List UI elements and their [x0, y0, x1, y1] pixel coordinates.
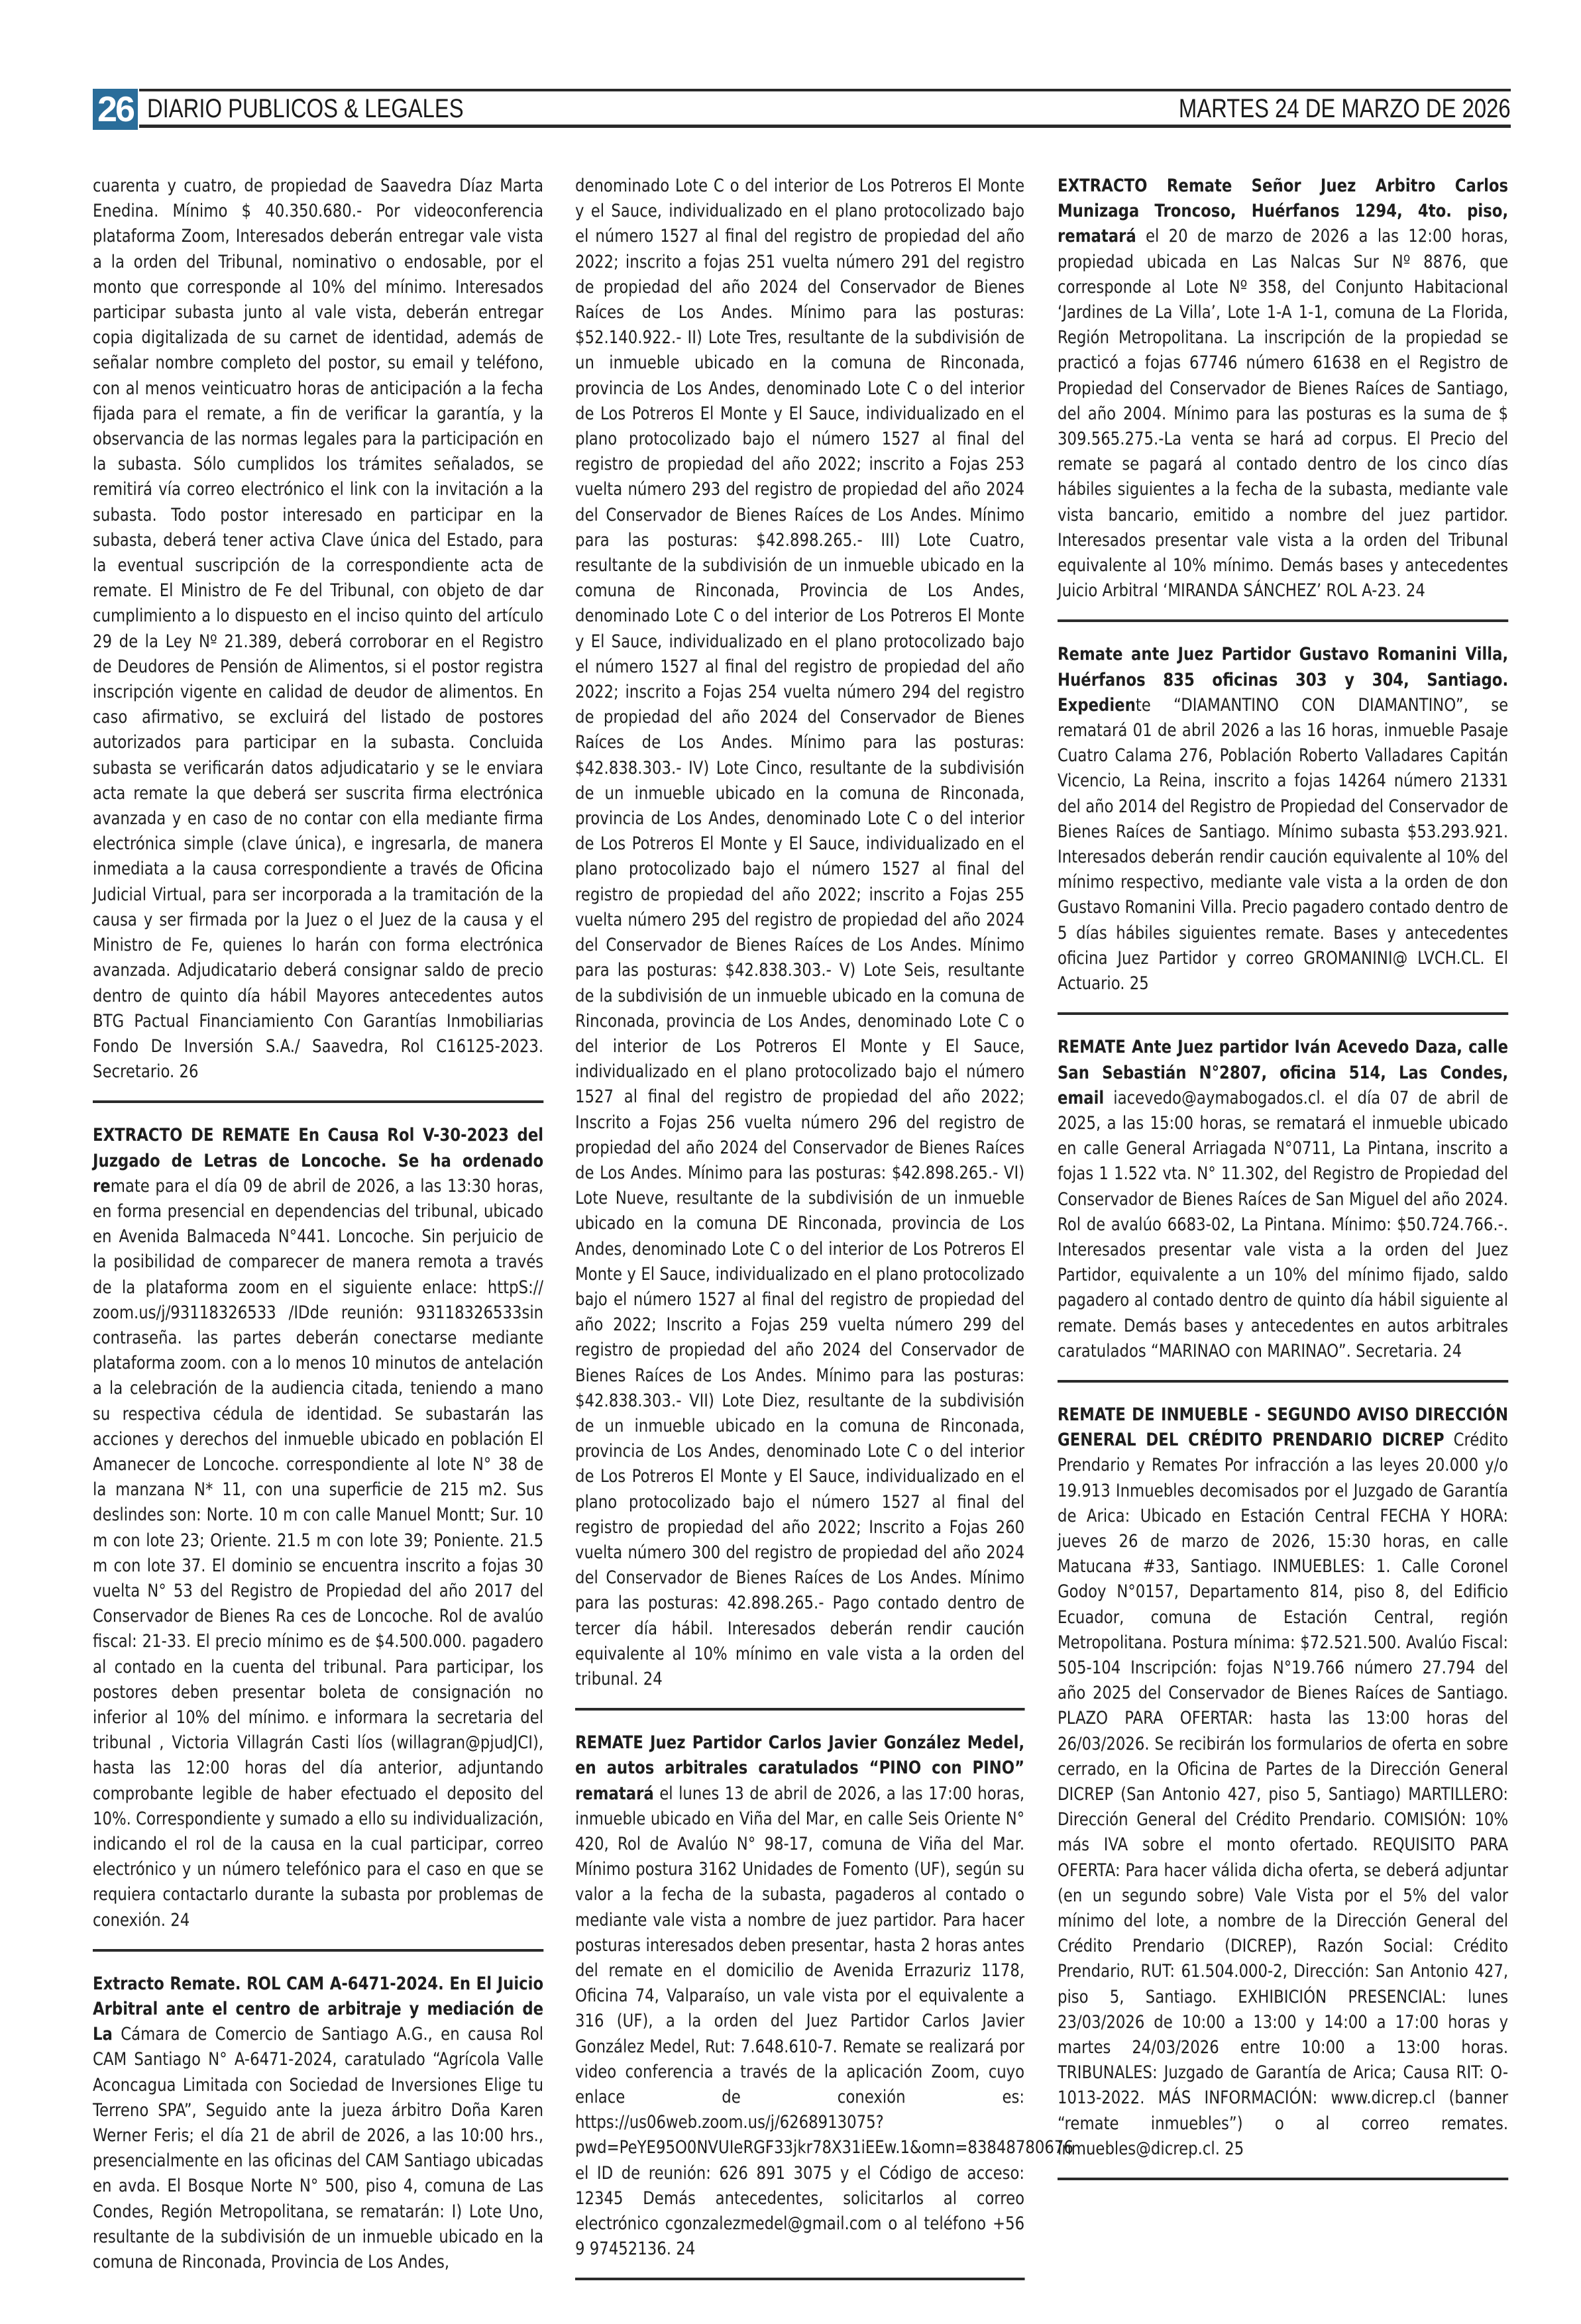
notice-body: iacevedo@aymabogados.cl. el día 07 de ab… [1058, 1088, 1508, 1361]
legal-notice: Extracto Remate. ROL CAM A-6471-2024. En… [93, 1972, 543, 2275]
publication-title: DIARIO PUBLICOS & LEGALES [147, 91, 464, 126]
page-number-badge: 26 [93, 89, 138, 130]
legal-notice: Remate ante Juez Partidor Gustavo Romani… [1058, 642, 1508, 996]
notice-body: el 20 de marzo de 2026 a las 12:00 horas… [1058, 226, 1508, 601]
notice-body: mate para el día 09 de abril de 2026, a … [93, 1176, 543, 1930]
notice-divider [93, 1100, 543, 1103]
legal-notice: REMATE DE INMUEBLE - SEGUNDO AVISO DIREC… [1058, 1402, 1508, 2162]
notice-divider [575, 1708, 1024, 1711]
notice-divider [575, 2278, 1024, 2280]
legal-notice: cuarenta y cuatro, de propiedad de Saave… [93, 174, 543, 1084]
column-3: EXTRACTO Remate Señor Juez Arbitro Carlo… [1058, 174, 1508, 2200]
notice-body: te “DIAMANTINO CON DIAMANTINO”, se remat… [1058, 695, 1508, 994]
notice-divider [93, 1949, 543, 1952]
legal-notice: EXTRACTO Remate Señor Juez Arbitro Carlo… [1058, 174, 1508, 604]
notice-divider [1058, 2178, 1508, 2180]
legal-notice: REMATE Ante Juez partidor Iván Acevedo D… [1058, 1035, 1508, 1364]
page-header: 26 DIARIO PUBLICOS & LEGALES MARTES 24 D… [93, 89, 1511, 126]
notice-body: Crédito Prendario y Remates Por infracci… [1058, 1430, 1508, 2159]
notice-title: REMATE DE INMUEBLE - SEGUNDO AVISO DIREC… [1058, 1404, 1508, 1450]
notice-body: Cámara de Comercio de Santiago A.G., en … [93, 2024, 543, 2272]
legal-notice: REMATE Juez Partidor Carlos Javier Gonzá… [575, 1730, 1024, 2262]
notice-divider [1058, 1012, 1508, 1015]
column-1: cuarenta y cuatro, de propiedad de Saave… [93, 174, 543, 2275]
publication-date: MARTES 24 DE MARZO DE 2026 [1179, 91, 1511, 126]
notice-divider [1058, 1380, 1508, 1383]
legal-notice: denominado Lote C o del interior de Los … [575, 174, 1024, 1692]
notice-body: el lunes 13 de abril de 2026, a las 17:0… [575, 1783, 1073, 2260]
header-bottom-rule [139, 125, 1511, 128]
column-2: denominado Lote C o del interior de Los … [575, 174, 1024, 2300]
notice-body: denominado Lote C o del interior de Los … [575, 176, 1024, 1689]
notice-body: cuarenta y cuatro, de propiedad de Saave… [93, 176, 543, 1082]
notice-divider [1058, 619, 1508, 622]
legal-notice: EXTRACTO DE REMATE En Causa Rol V-30-202… [93, 1123, 543, 1933]
